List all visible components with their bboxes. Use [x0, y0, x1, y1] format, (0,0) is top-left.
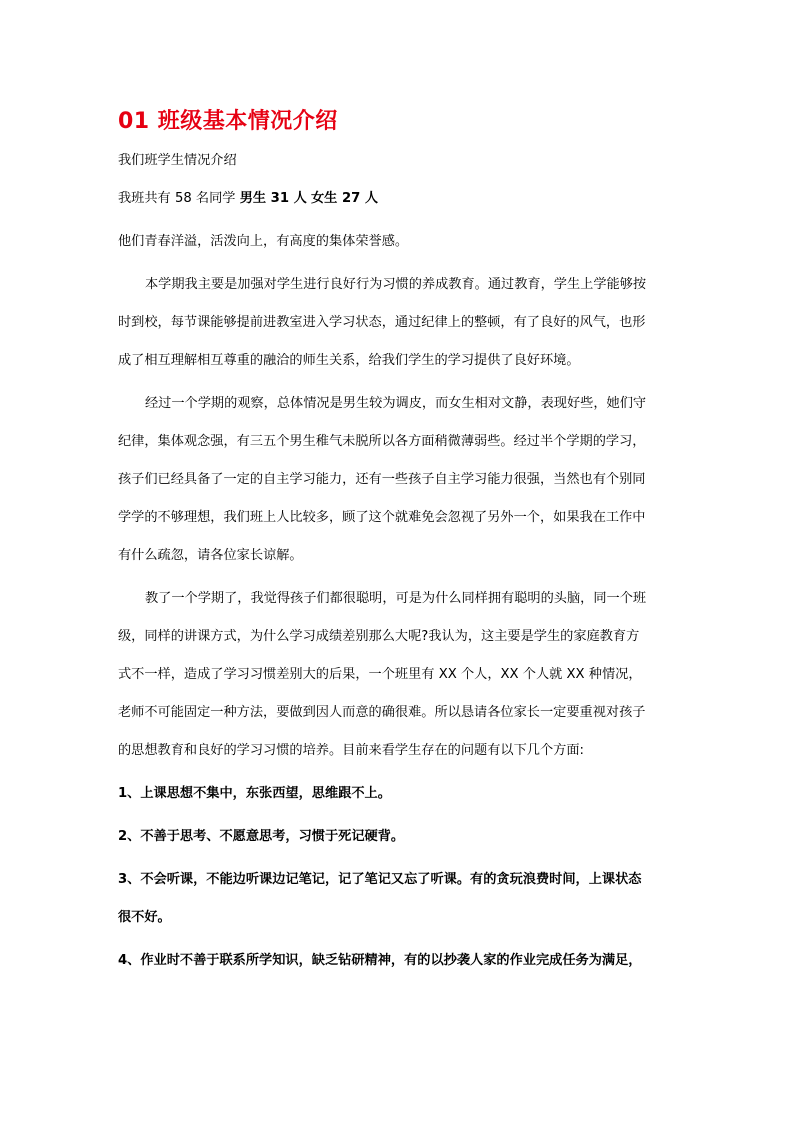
- paragraph-1-line-2: 时到校，每节课能够提前进教室进入学习状态，通过纪律上的整顿，有了良好的风气，也形: [118, 313, 646, 333]
- student-count-line: 我班共有 58 名同学 男生 31 人 女生 27 人: [118, 189, 378, 209]
- subtitle: 我们班学生情况介绍: [118, 151, 237, 171]
- paragraph-3-line-5: 的思想教育和良好的学习习惯的培养。目前来看学生存在的问题有以下几个方面:: [118, 741, 584, 761]
- paragraph-2-line-5: 有什么疏忽，请各位家长谅解。: [118, 546, 303, 566]
- paragraph-1-line-3: 成了相互理解相互尊重的融洽的师生关系，给我们学生的学习提供了良好环境。: [118, 351, 580, 371]
- paragraph-2-line-2: 纪律，集体观念强，有三五个男生稚气未脱所以各方面稍微薄弱些。经过半个学期的学习，: [118, 432, 646, 452]
- paragraph-1-line-1: 本学期我主要是加强对学生进行良好行为习惯的养成教育。通过教育，学生上学能够按: [118, 275, 646, 295]
- section-title: 班级基本情况介绍: [158, 109, 338, 134]
- paragraph-2-line-4: 学学的不够理想，我们班上人比较多，顾了这个就难免会忽视了另外一个，如果我在工作中: [118, 508, 646, 528]
- paragraph-3-line-4: 老师不可能固定一种方法，要做到因人而意的确很难。所以恳请各位家长一定要重视对孩子: [118, 703, 646, 723]
- section-number: 01: [118, 109, 150, 134]
- student-count-text: 我班共有 58 名同学: [118, 191, 235, 206]
- problem-item-4: 4、作业时不善于联系所学知识，缺乏钻研精神，有的以抄袭人家的作业完成任务为满足，: [118, 951, 642, 971]
- class-spirit-text: 他们青春洋溢，活泼向上，有高度的集体荣誉感。: [118, 232, 408, 252]
- paragraph-2-line-3: 孩子们已经具备了一定的自主学习能力，还有一些孩子自主学习能力很强，当然也有个别同: [118, 470, 646, 490]
- paragraph-3-line-1: 教了一个学期了，我觉得孩子们都很聪明，可是为什么同样拥有聪明的头脑，同一个班: [118, 589, 646, 609]
- problem-item-3-line-1: 3、不会听课，不能边听课边记笔记，记了笔记又忘了听课。有的贪玩浪费时间，上课状态: [118, 870, 642, 890]
- problem-item-2: 2、不善于思考、不愿意思考，习惯于死记硬背。: [118, 827, 404, 847]
- problem-item-1: 1、上课思想不集中，东张西望，思维跟不上。: [118, 784, 391, 804]
- boys-count: 男生 31 人: [240, 191, 307, 206]
- paragraph-2-line-1: 经过一个学期的观察，总体情况是男生较为调皮，而女生相对文静，表现好些，她们守: [118, 394, 646, 414]
- problem-item-3-line-2: 很不好。: [118, 908, 171, 928]
- paragraph-3-line-3: 式不一样，造成了学习习惯差别大的后果，一个班里有 XX 个人，XX 个人就 XX…: [118, 665, 642, 685]
- paragraph-3-line-2: 级，同样的讲课方式，为什么学习成绩差别那么大呢?我认为，这主要是学生的家庭教育方: [118, 627, 639, 647]
- section-heading: 01 班级基本情况介绍: [118, 104, 338, 135]
- girls-count: 女生 27 人: [311, 191, 378, 206]
